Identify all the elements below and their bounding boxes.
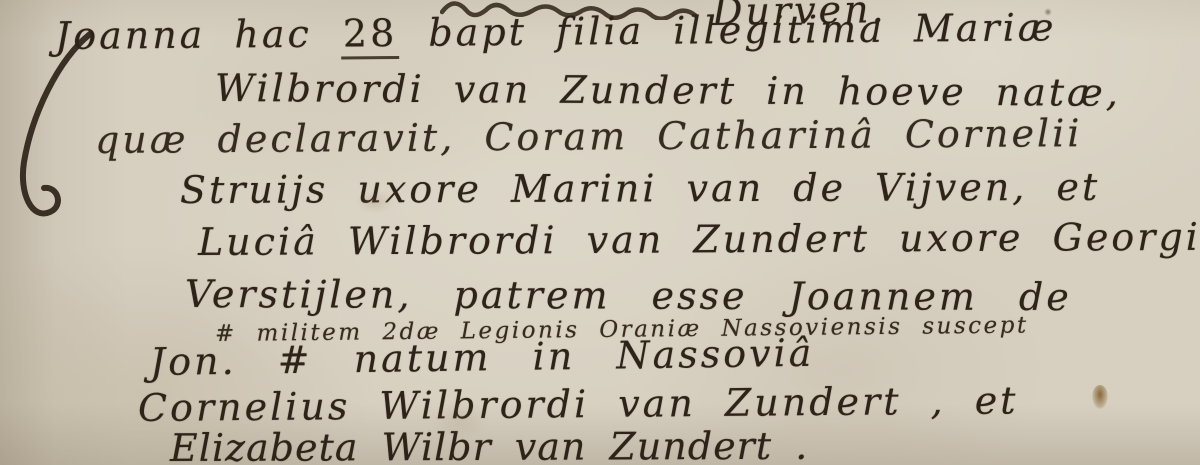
ink-blot: [1092, 385, 1108, 409]
manuscript-page: Durven. Joanna hac 28 bapt filia illegit…: [0, 0, 1200, 465]
manuscript-line-4: Struijs uxore Marini van de Vijven, et: [180, 165, 1100, 212]
manuscript-line-5: Luciâ Wilbrordi van Zundert uxore Georgi…: [198, 215, 1200, 264]
manuscript-line-6: Verstijlen, patrem esse Joannem de: [185, 272, 1072, 319]
manuscript-line-3: quæ declaravit, Coram Catharinâ Cornelii: [95, 111, 1083, 162]
manuscript-line-9: Elizabeta Wilbr van Zundert .: [170, 424, 808, 465]
manuscript-line-1: Joanna hac 28 bapt filia illegitima Mari…: [55, 5, 1057, 62]
manuscript-line-2: Wilbrordi van Zundert in hoeve natæ,: [215, 66, 1121, 115]
manuscript-line-8: Cornelius Wilbrordi van Zundert , et: [138, 378, 1019, 430]
line-1-lead: Joanna hac: [55, 12, 312, 58]
line-1-tail: bapt filia illegitima Mariæ: [428, 5, 1057, 54]
manuscript-line-7: Jon. # natum in Nassoviâ: [150, 331, 815, 384]
day-number-underlined: 28: [341, 11, 400, 60]
